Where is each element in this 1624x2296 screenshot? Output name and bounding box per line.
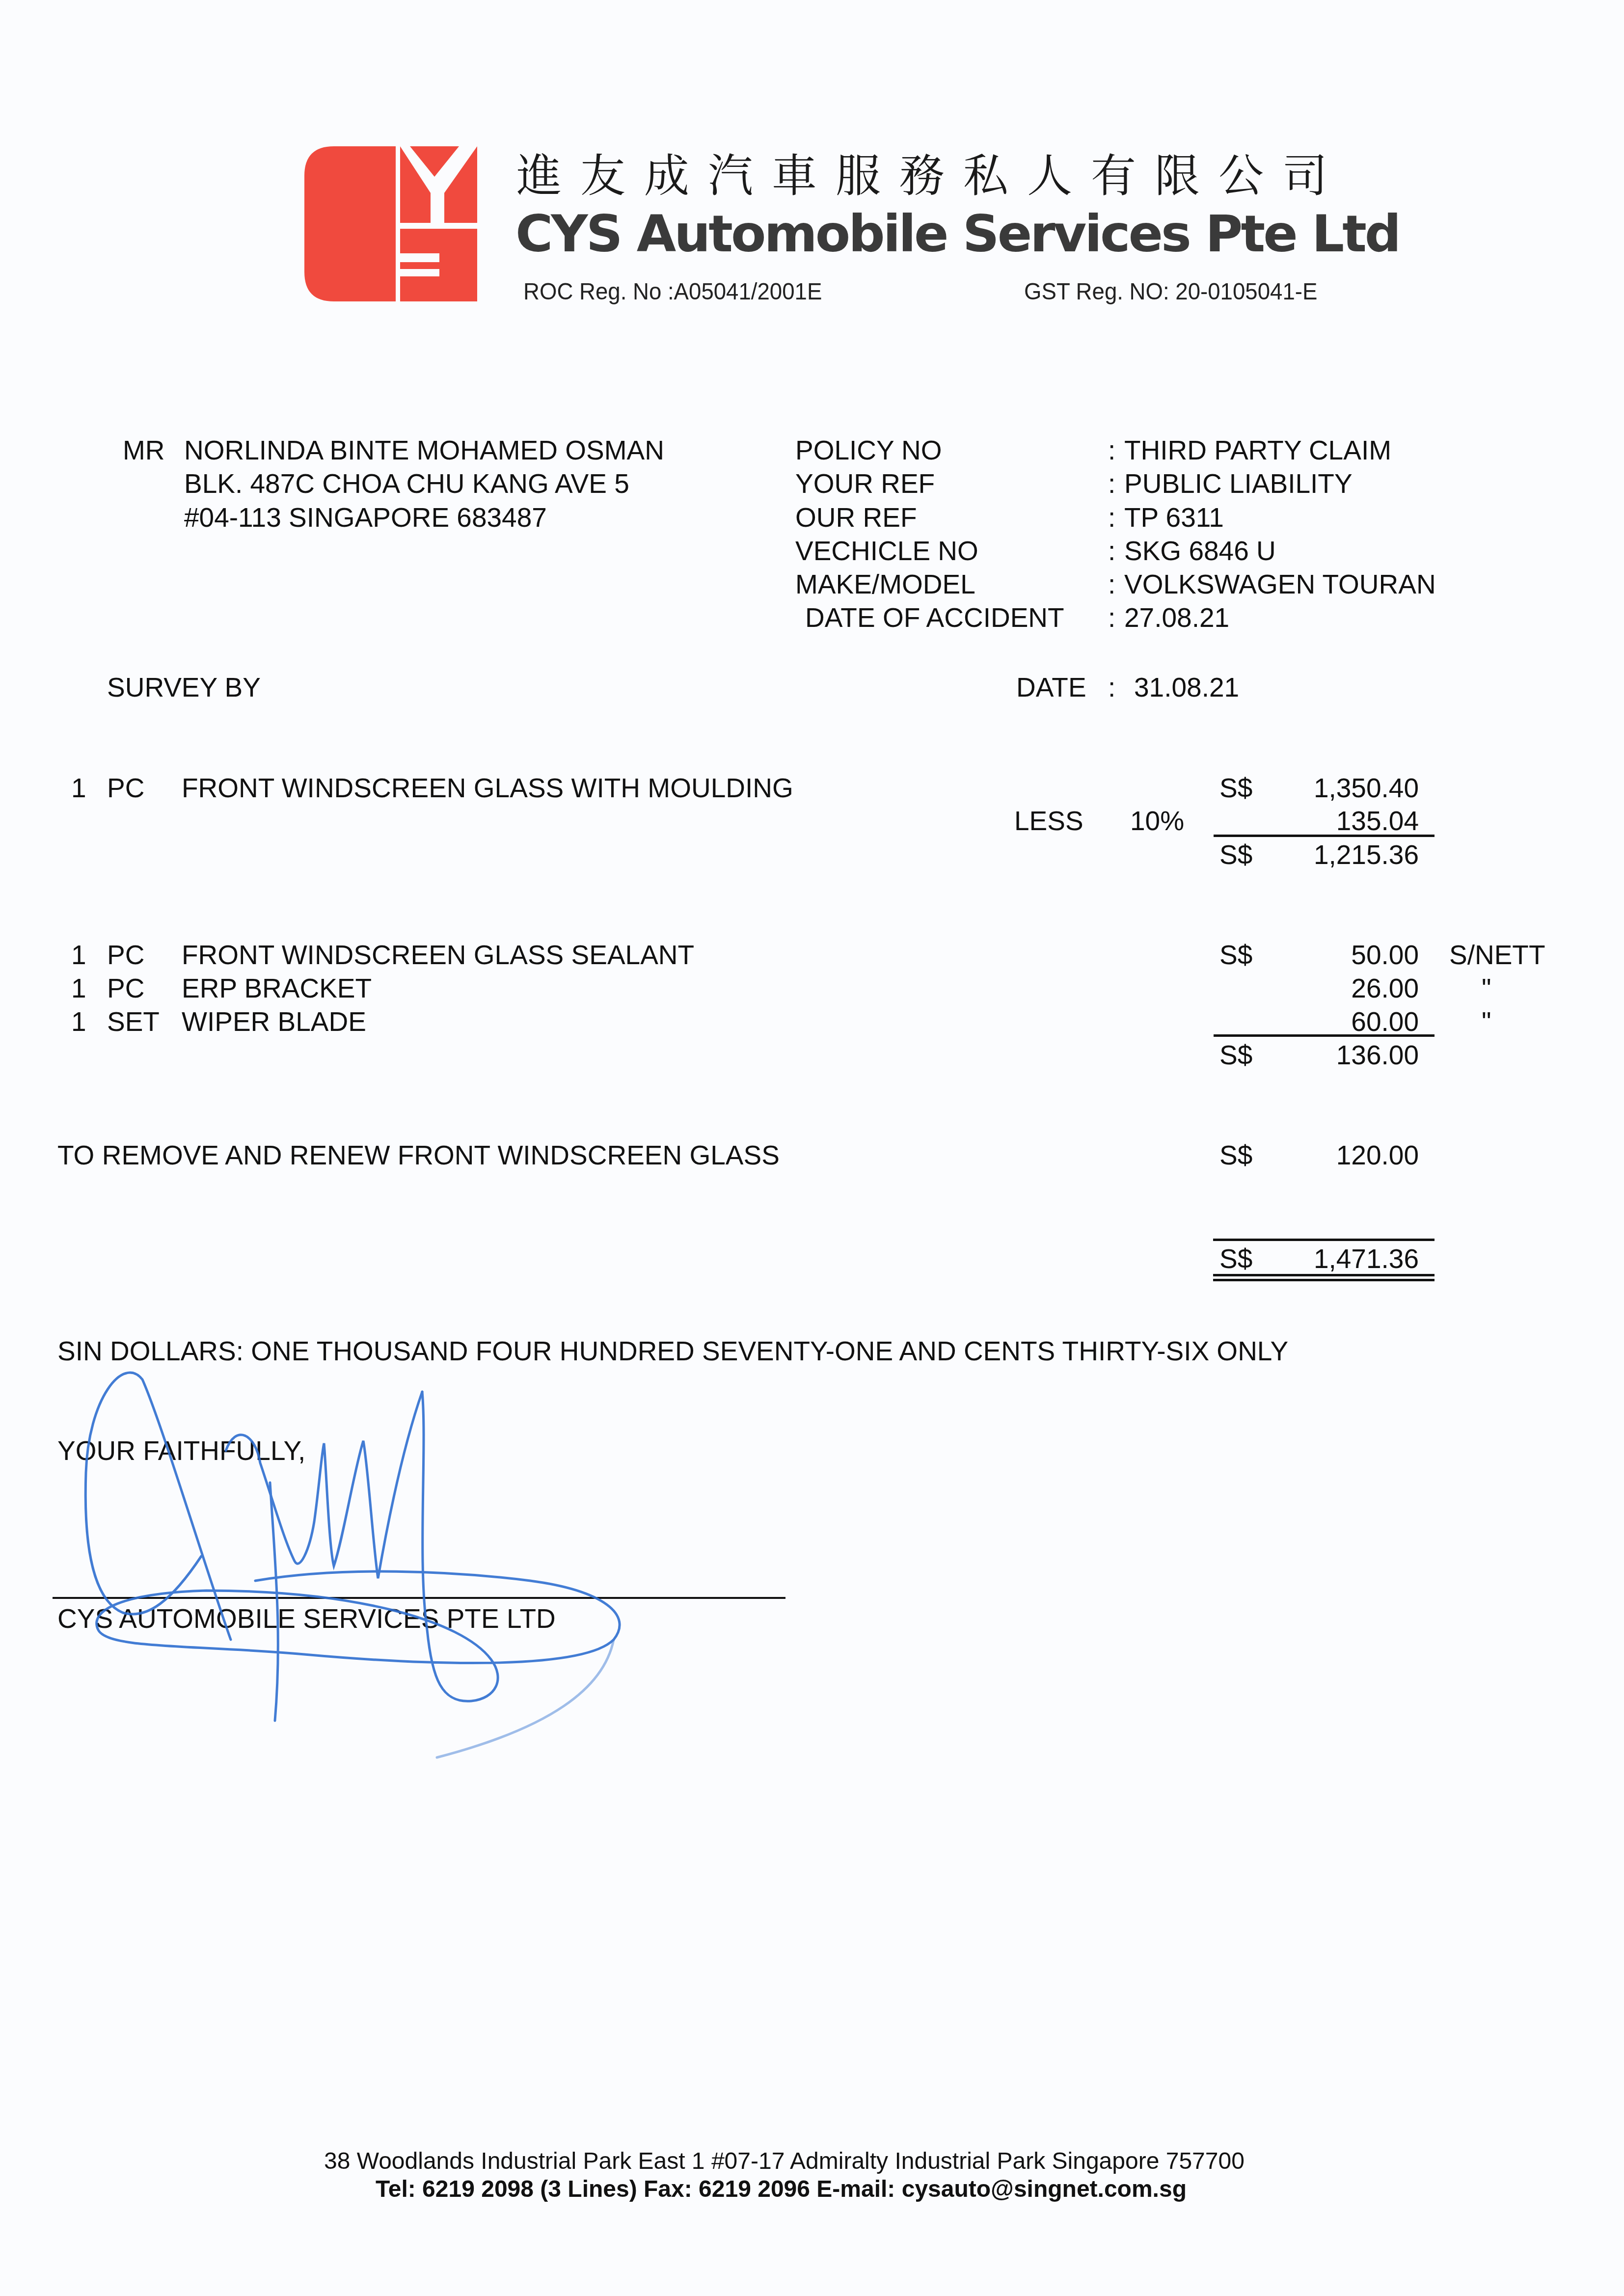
currency-label: S$	[1219, 1042, 1252, 1069]
addressee-name: NORLINDA BINTE MOHAMED OSMAN	[184, 437, 664, 464]
detail-separator: :	[1108, 538, 1115, 565]
amount-in-words: SIN DOLLARS: ONE THOUSAND FOUR HUNDRED S…	[57, 1338, 1288, 1365]
item-description: WIPER BLADE	[182, 1008, 366, 1035]
footer-address: 38 Woodlands Industrial Park East 1 #07-…	[324, 2148, 1245, 2175]
item-note: "	[1482, 1008, 1491, 1035]
detail-label: POLICY NO	[795, 437, 942, 464]
addressee-title: MR	[123, 437, 165, 464]
addressee-address-line2: #04-113 SINGAPORE 683487	[184, 504, 547, 531]
cys-logo-icon	[304, 146, 477, 301]
item-unit: PC	[107, 942, 144, 969]
company-name-english: CYS Automobile Services Pte Ltd	[515, 204, 1399, 264]
item-note: S/NETT	[1449, 942, 1545, 969]
date-separator: :	[1108, 674, 1115, 701]
item-description: FRONT WINDSCREEN GLASS SEALANT	[182, 942, 694, 969]
detail-separator: :	[1108, 470, 1115, 497]
roc-registration: ROC Reg. No :A05041/2001E	[523, 278, 822, 305]
discount-label: LESS	[1014, 808, 1083, 835]
item-qty: 1	[71, 975, 86, 1002]
signature-line	[53, 1597, 785, 1599]
item-qty: 1	[71, 942, 86, 969]
item-description: ERP BRACKET	[182, 975, 372, 1002]
footer-contact: Tel: 6219 2098 (3 Lines) Fax: 6219 2096 …	[376, 2176, 1187, 2203]
item-amount: 50.00	[1272, 942, 1419, 969]
currency-label: S$	[1219, 841, 1252, 868]
detail-label: OUR REF	[795, 504, 917, 531]
item-description: FRONT WINDSCREEN GLASS WITH MOULDING	[182, 775, 793, 802]
company-name-chinese: 進友成汽車服務私人有限公司	[516, 140, 1346, 205]
subtotal-rule	[1214, 835, 1435, 837]
detail-separator: :	[1108, 604, 1115, 631]
signatory-name: CYS AUTOMOBILE SERVICES PTE LTD	[57, 1605, 556, 1632]
addressee-address-line1: BLK. 487C CHOA CHU KANG AVE 5	[184, 470, 629, 497]
total-top-rule	[1213, 1239, 1435, 1241]
item-qty: 1	[71, 1008, 86, 1035]
item-unit: PC	[107, 975, 144, 1002]
detail-separator: :	[1108, 571, 1115, 598]
currency-label: S$	[1219, 1245, 1252, 1272]
survey-by-label: SURVEY BY	[107, 674, 261, 701]
detail-separator: :	[1108, 504, 1115, 531]
subtotal-rule	[1214, 1034, 1435, 1037]
grand-total: 1,471.36	[1272, 1245, 1419, 1272]
detail-value: TP 6311	[1124, 504, 1224, 531]
discount-rate: 10%	[1130, 808, 1184, 835]
currency-label: S$	[1219, 775, 1252, 802]
item-amount: 1,350.40	[1272, 775, 1419, 802]
detail-label: VECHICLE NO	[795, 538, 978, 565]
currency-label: S$	[1219, 942, 1252, 969]
item-qty: 1	[71, 775, 86, 802]
detail-value: 27.08.21	[1124, 604, 1229, 631]
item-unit: PC	[107, 775, 144, 802]
closing-text: YOUR FAITHFULLY,	[57, 1437, 305, 1464]
total-double-rule-1	[1213, 1274, 1435, 1276]
total-double-rule-2	[1213, 1279, 1435, 1281]
detail-separator: :	[1108, 437, 1115, 464]
section2-subtotal: 136.00	[1272, 1042, 1419, 1069]
date-label: DATE	[1016, 674, 1086, 701]
item-note: "	[1482, 975, 1491, 1002]
detail-label: DATE OF ACCIDENT	[805, 604, 1064, 631]
discount-amount: 135.04	[1272, 808, 1419, 835]
detail-value: THIRD PARTY CLAIM	[1124, 437, 1391, 464]
gst-registration: GST Reg. NO: 20-0105041-E	[1024, 278, 1317, 305]
detail-value: VOLKSWAGEN TOURAN	[1124, 571, 1436, 598]
labour-description: TO REMOVE AND RENEW FRONT WINDSCREEN GLA…	[57, 1142, 780, 1169]
detail-value: PUBLIC LIABILITY	[1124, 470, 1353, 497]
detail-label: MAKE/MODEL	[795, 571, 975, 598]
detail-label: YOUR REF	[795, 470, 935, 497]
date-value: 31.08.21	[1134, 674, 1239, 701]
item-unit: SET	[107, 1008, 160, 1035]
item-amount: 26.00	[1272, 975, 1419, 1002]
labour-amount: 120.00	[1272, 1142, 1419, 1169]
detail-value: SKG 6846 U	[1124, 538, 1276, 565]
currency-label: S$	[1219, 1142, 1252, 1169]
item-amount: 60.00	[1272, 1008, 1419, 1035]
section1-subtotal: 1,215.36	[1272, 841, 1419, 868]
